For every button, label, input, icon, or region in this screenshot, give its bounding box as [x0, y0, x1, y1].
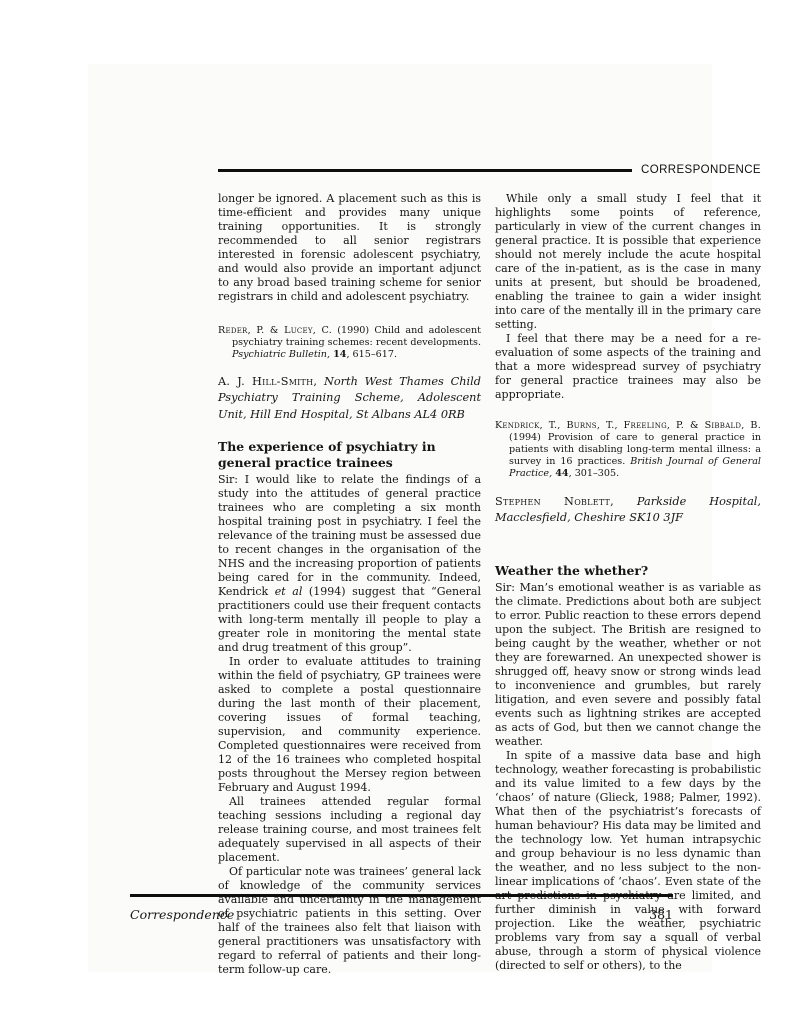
body-paragraph: While only a small study I feel that it …	[495, 192, 761, 332]
right-column: While only a small study I feel that it …	[495, 192, 761, 977]
body-paragraph: In order to evaluate attitudes to traini…	[218, 655, 481, 795]
running-head-title: CORRESPONDENCE	[641, 164, 761, 176]
footer-journal-title: Correspondence	[130, 907, 234, 922]
left-column: longer be ignored. A placement such as t…	[218, 192, 481, 977]
body-paragraph: Sir: Man’s emotional weather is as varia…	[495, 581, 761, 749]
body-paragraph: All trainees attended regular formal tea…	[218, 795, 481, 865]
footer-row: Correspondence 381	[130, 907, 673, 922]
footer-page-number: 381	[649, 907, 673, 922]
page-footer: Correspondence 381	[130, 894, 673, 922]
author-signature: Stephen Noblett, Parkside Hospital, Macc…	[495, 494, 761, 527]
body-paragraph: In spite of a massive data base and high…	[495, 749, 761, 973]
header-rule	[218, 169, 632, 172]
letter-heading: The experience of psychiatry in general …	[218, 439, 481, 470]
page-content: CORRESPONDENCE longer be ignored. A plac…	[218, 162, 761, 977]
running-head: CORRESPONDENCE	[218, 162, 761, 178]
continuation-paragraph: longer be ignored. A placement such as t…	[218, 192, 481, 304]
body-paragraph: Sir: I would like to relate the findings…	[218, 473, 481, 655]
footer-rule	[130, 894, 673, 897]
reference-entry: Kendrick, T., Burns, T., Freeling, P. & …	[495, 420, 761, 480]
two-column-body: longer be ignored. A placement such as t…	[218, 192, 761, 977]
body-paragraph: I feel that there may be a need for a re…	[495, 332, 761, 402]
letter-heading: Weather the whether?	[495, 563, 761, 579]
scanned-journal-page: CORRESPONDENCE longer be ignored. A plac…	[88, 64, 712, 972]
reference-entry: Reder, P. & Lucey, C. (1990) Child and a…	[218, 325, 481, 361]
author-signature: A. J. Hill-Smith, North West Thames Chil…	[218, 374, 481, 424]
